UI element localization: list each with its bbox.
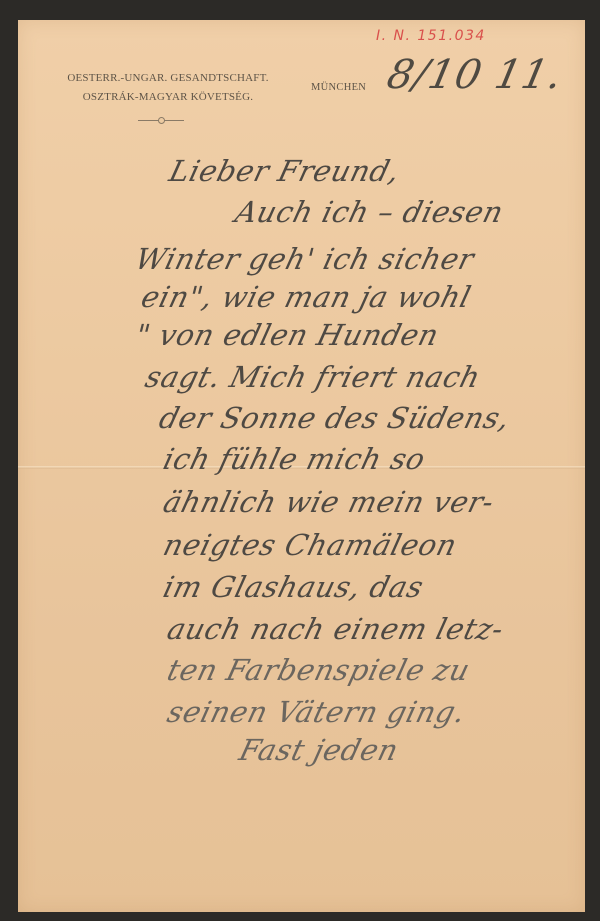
letter-line: ein", wie man ja wohl [138, 283, 474, 312]
letter-line: " von edlen Hunden [132, 321, 441, 350]
letter-line: im Glashaus, das [160, 573, 426, 602]
letter-line: ten Farbenspiele zu [164, 656, 473, 685]
letter-line: Fast jeden [236, 736, 401, 765]
ornament-circle [158, 117, 165, 124]
letter-line: Winter geh' ich sicher [132, 245, 477, 274]
letter-line: ich fühle mich so [160, 445, 428, 474]
handwritten-date: 8/10 11. [383, 52, 567, 98]
letter-line: auch nach einem letz- [164, 615, 506, 644]
document-scan: I. N. 151.034 OESTERR.-UNGAR. GESANDTSCH… [0, 0, 600, 921]
letter-line: seinen Vätern ging. [164, 698, 468, 727]
archive-number-stamp: I. N. 151.034 [376, 28, 486, 44]
letterhead-line-hungarian: OSZTRÁK-MAGYAR KÖVETSÉG. [18, 88, 318, 107]
letter-line: ähnlich wie mein ver- [160, 488, 497, 517]
place-label: MÜNCHEN [311, 82, 366, 93]
letterhead-line-german: OESTERR.-UNGAR. GESANDTSCHAFT. [18, 69, 318, 88]
letterhead-ornament [138, 117, 184, 125]
letter-line: Auch ich – diesen [232, 198, 506, 227]
letter-line: Lieber Freund, [166, 157, 402, 186]
letter-sheet: I. N. 151.034 OESTERR.-UNGAR. GESANDTSCH… [18, 20, 585, 912]
letter-line: der Sonne des Südens, [156, 404, 513, 433]
letter-line: sagt. Mich friert nach [142, 363, 483, 392]
letterhead: OESTERR.-UNGAR. GESANDTSCHAFT. OSZTRÁK-M… [18, 69, 318, 107]
letter-line: neigtes Chamäleon [160, 531, 460, 560]
